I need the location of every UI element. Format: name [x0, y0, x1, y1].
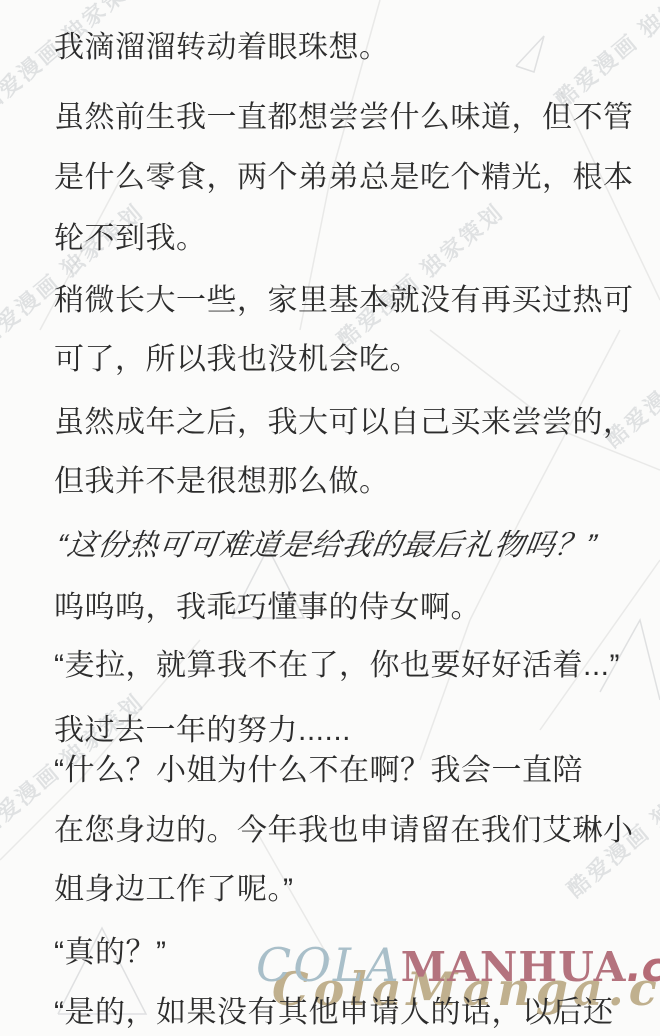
text-line: 可了，所以我也没机会吃。 — [54, 341, 420, 379]
text-line: “真的？” — [54, 934, 166, 972]
text-line: “什么？小姐为什么不在啊？我会一直陪 — [54, 752, 583, 790]
text-line: 呜呜呜，我乖巧懂事的侍女啊。 — [54, 589, 481, 627]
text-line: 是什么零食，两个弟弟总是吃个精光，根本 — [54, 159, 634, 197]
site-watermark-dotcom: .com — [626, 945, 660, 991]
text-line: 虽然前生我一直都想尝尝什么味道，但不管 — [54, 99, 634, 137]
site-watermark-manhua: MANHUA — [401, 943, 627, 991]
text-line: 在您身边的。今年我也申请留在我们艾琳小 — [54, 812, 634, 850]
text-line: “麦拉，就算我不在了，你也要好好活着...” — [54, 647, 620, 685]
site-watermark-cola: COLA — [256, 938, 401, 992]
site-watermark-primary: COLAMANHUA.com — [256, 938, 660, 992]
text-line: 我过去一年的努力...... — [54, 712, 351, 750]
text-line: 但我并不是很想那么做。 — [54, 463, 390, 501]
text-line: 轮不到我。 — [54, 220, 207, 258]
text-line: 姐身边工作了呢。” — [54, 871, 294, 909]
text-line: 虽然成年之后，我大可以自己买来尝尝的， — [54, 404, 634, 442]
text-line: “是的，如果没有其他申请人的话，以后还 — [54, 994, 614, 1032]
arrow-glyph-icon — [516, 36, 544, 72]
text-line: 我滴溜溜转动着眼珠想。 — [54, 29, 390, 67]
text-line-quote-italic: “这份热可可难道是给我的最后礼物吗？” — [54, 527, 599, 565]
text-line: 稍微长大一些，家里基本就没有再买过热可 — [54, 282, 634, 320]
novel-reader-page: 酷爱漫画 独家策划 酷爱漫画 独家策划 酷爱漫画 独家策划 酷爱漫画 独家策划 … — [0, 0, 660, 1036]
